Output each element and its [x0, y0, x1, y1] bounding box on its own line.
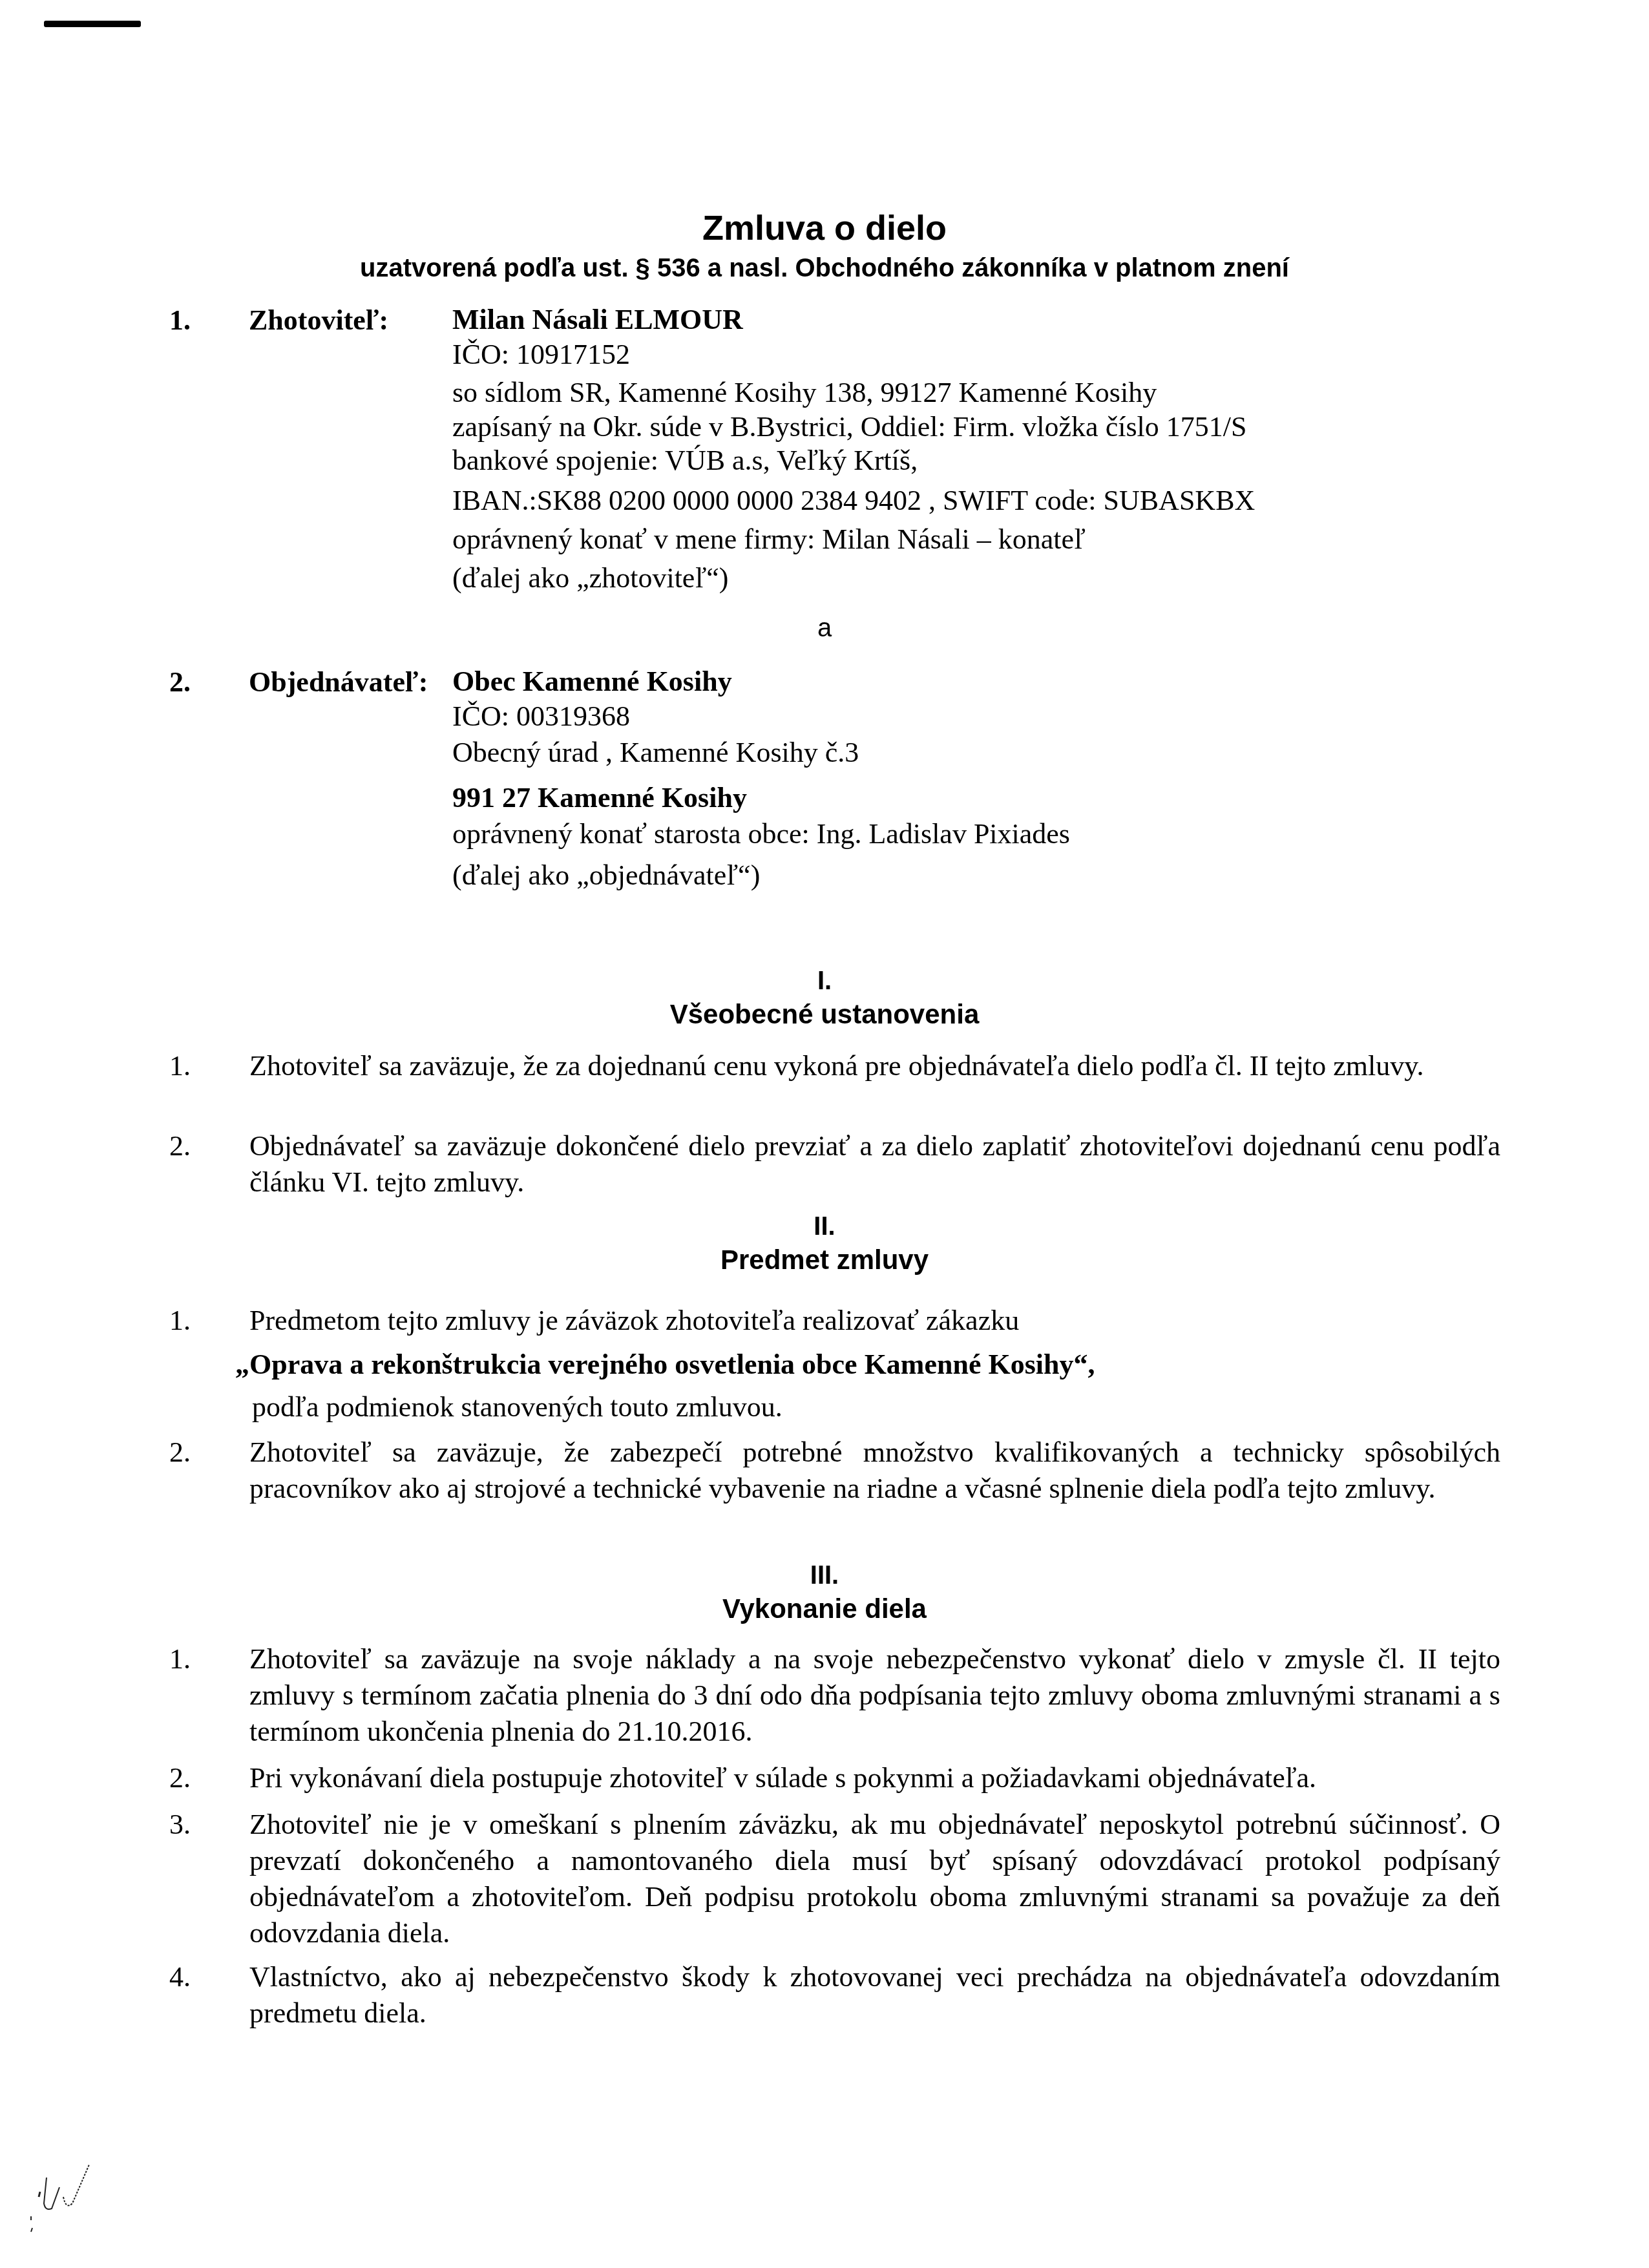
clause-text: Zhotoviteľ sa zaväzuje, že za dojednanú …: [249, 1048, 1500, 1084]
party-name: Obec Kamenné Kosihy: [452, 666, 732, 698]
clause-number: 1.: [169, 1303, 191, 1339]
party-representative: oprávnený konať starosta obce: Ing. Ladi…: [452, 818, 1070, 850]
clause-text: Zhotoviteľ nie je v omeškaní s plnením z…: [249, 1807, 1500, 1951]
document-subtitle: uzatvorená podľa ust. § 536 a nasl. Obch…: [0, 254, 1649, 283]
clause-text: Objednávateľ sa zaväzuje dokončené dielo…: [249, 1128, 1500, 1201]
clause: 2. Objednávateľ sa zaväzuje dokončené di…: [169, 1128, 1500, 1201]
section-title: Vykonanie diela: [0, 1593, 1649, 1624]
section-title: Všeobecné ustanovenia: [0, 999, 1649, 1030]
conjunction: a: [0, 614, 1649, 643]
project-conditions: podľa podmienok stanovených touto zmluvo…: [252, 1391, 782, 1423]
party-ico: IČO: 00319368: [452, 700, 630, 733]
clause-text: Predmetom tejto zmluvy je záväzok zhotov…: [249, 1303, 1500, 1339]
clause: 4. Vlastníctvo, ako aj nebezpečenstvo šk…: [169, 1959, 1500, 2032]
section-number: III.: [0, 1561, 1649, 1590]
party-label: Objednávateľ:: [249, 666, 428, 698]
project-name: „Oprava a rekonštrukcia verejného osvetl…: [235, 1348, 1095, 1381]
party-iban: IBAN.:SK88 0200 0000 0000 2384 9402 , SW…: [452, 485, 1255, 517]
clause: 1. Zhotoviteľ sa zaväzuje, že za dojedna…: [169, 1048, 1500, 1084]
party-ico: IČO: 10917152: [452, 339, 630, 371]
section-number: II.: [0, 1212, 1649, 1241]
clause-text: Zhotoviteľ sa zaväzuje na svoje náklady …: [249, 1641, 1500, 1750]
party-registration: zapísaný na Okr. súde v B.Bystrici, Oddi…: [452, 411, 1246, 443]
clause: 2. Pri vykonávaní diela postupuje zhotov…: [169, 1760, 1500, 1796]
party-name: Milan Násali ELMOUR: [452, 304, 743, 336]
clause-number: 2.: [169, 1434, 191, 1471]
clause-text: Zhotoviteľ sa zaväzuje, že zabezpečí pot…: [249, 1434, 1500, 1507]
handwritten-initials-icon: [26, 2152, 103, 2236]
party-bank: bankové spojenie: VÚB a.s, Veľký Krtíš,: [452, 445, 918, 477]
clause-number: 1.: [169, 1048, 191, 1084]
clause-number: 2.: [169, 1760, 191, 1796]
party-alias: (ďalej ako „zhotoviteľ“): [452, 562, 728, 594]
party-address: so sídlom SR, Kamenné Kosihy 138, 99127 …: [452, 377, 1157, 409]
document-title: Zmluva o dielo: [0, 208, 1649, 248]
party-representative: oprávnený konať v mene firmy: Milan Nása…: [452, 523, 1086, 556]
clause-number: 4.: [169, 1959, 191, 1995]
scan-artifact: [44, 21, 141, 27]
section-number: I.: [0, 967, 1649, 996]
clause-number: 2.: [169, 1128, 191, 1164]
party-label: Zhotoviteľ:: [249, 304, 388, 337]
document-page: Zmluva o dielo uzatvorená podľa ust. § 5…: [0, 0, 1649, 2268]
clause: 1. Predmetom tejto zmluvy je záväzok zho…: [169, 1303, 1500, 1339]
clause: 3. Zhotoviteľ nie je v omeškaní s plnení…: [169, 1807, 1500, 1951]
section-title: Predmet zmluvy: [0, 1244, 1649, 1276]
party-postal: 991 27 Kamenné Kosihy: [452, 782, 747, 814]
clause-number: 3.: [169, 1807, 191, 1843]
clause: 1. Zhotoviteľ sa zaväzuje na svoje nákla…: [169, 1641, 1500, 1750]
clause: 2. Zhotoviteľ sa zaväzuje, že zabezpečí …: [169, 1434, 1500, 1507]
clause-text: Pri vykonávaní diela postupuje zhotovite…: [249, 1760, 1500, 1796]
party-number: 2.: [169, 666, 191, 698]
party-number: 1.: [169, 304, 191, 337]
party-address: Obecný úrad , Kamenné Kosihy č.3: [452, 737, 859, 769]
clause-number: 1.: [169, 1641, 191, 1677]
clause-text: Vlastníctvo, ako aj nebezpečenstvo škody…: [249, 1959, 1500, 2032]
party-alias: (ďalej ako „objednávateľ“): [452, 859, 760, 892]
